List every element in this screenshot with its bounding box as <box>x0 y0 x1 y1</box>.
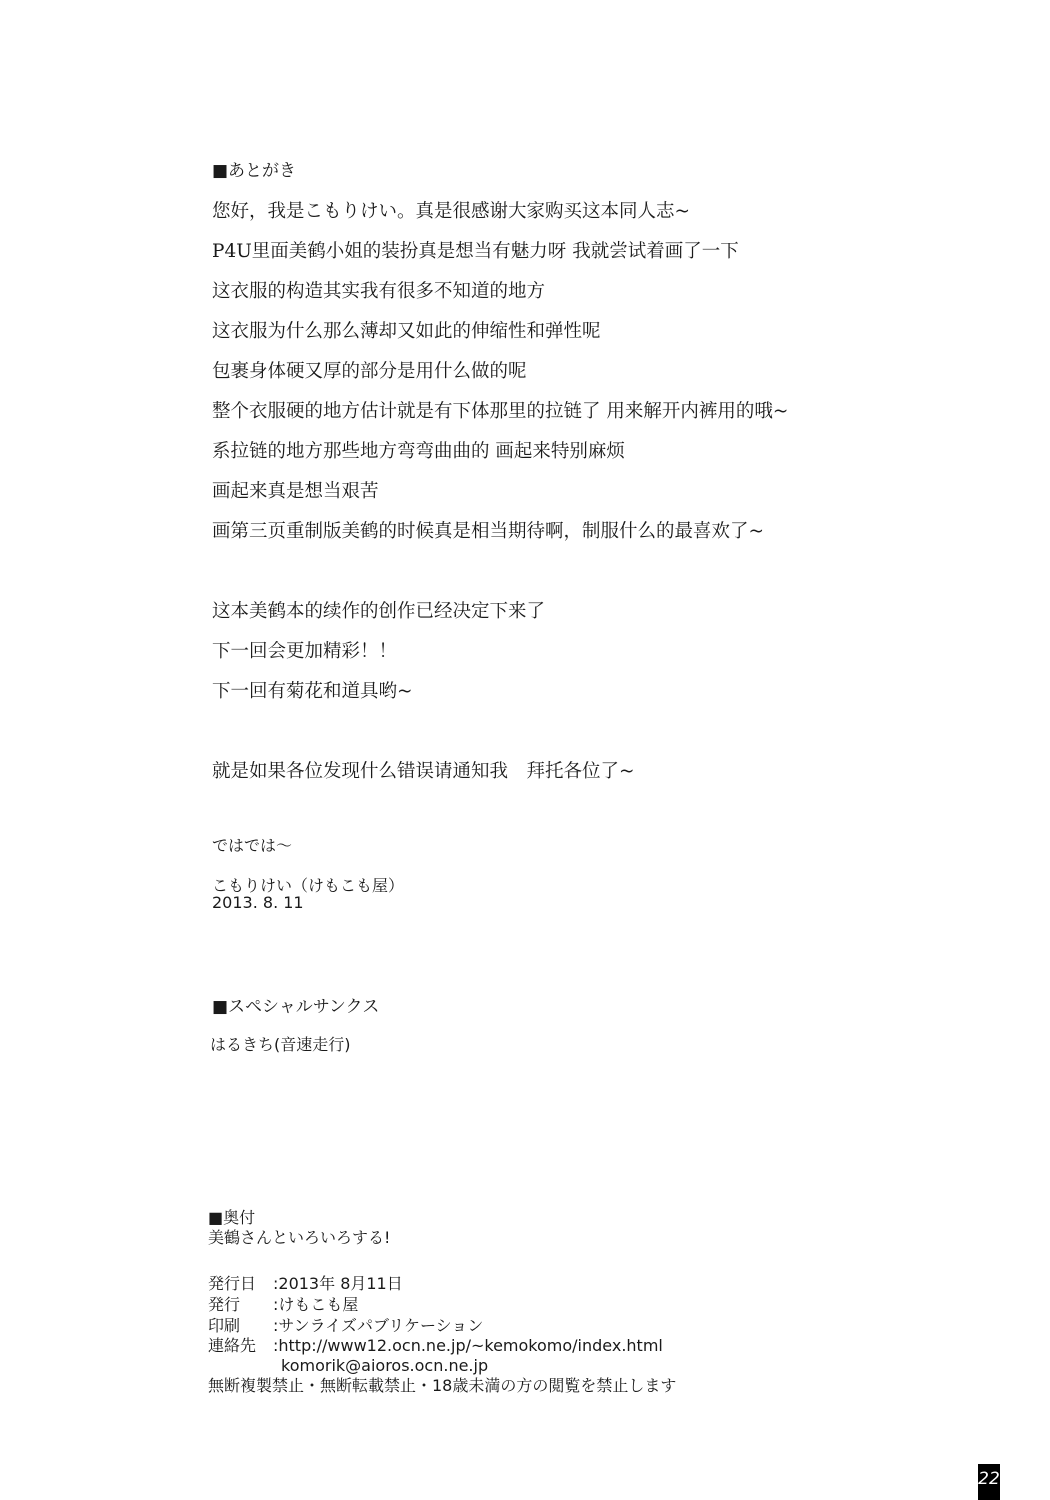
afterword-line: 画起来真是想当艰苦 <box>212 477 379 503</box>
page-number: 22 <box>978 1464 1000 1500</box>
colophon-label: 連絡先 <box>208 1336 256 1356</box>
afterword-line: 您好，我是こもりけい。真是很感谢大家购买这本同人志~ <box>212 197 690 223</box>
contact-email[interactable]: komorik@aioros.ocn.ne.jp <box>281 1356 488 1376</box>
colophon-value: :2013年 8月11日 <box>273 1274 403 1294</box>
colophon-label: 印刷 <box>208 1316 240 1336</box>
afterword-line: 这本美鹤本的续作的创作已经决定下来了 <box>212 597 545 623</box>
afterword-line: 下一回会更加精彩！！ <box>212 637 397 663</box>
colophon-value: :サンライズパブリケーション <box>273 1316 483 1336</box>
afterword-line: 系拉链的地方那些地方弯弯曲曲的 画起来特别麻烦 <box>212 437 625 463</box>
afterword-line: 画第三页重制版美鹤的时候真是相当期待啊，制服什么的最喜欢了~ <box>212 517 764 543</box>
colophon-heading: ■奥付 <box>208 1208 255 1228</box>
afterword-line: 整个衣服硬的地方估计就是有下体那里的拉链了 用来解开内裤用的哦~ <box>212 397 788 423</box>
colophon-value: :けもこも屋 <box>273 1295 358 1315</box>
afterword-line: 包裹身体硬又厚的部分是用什么做的呢 <box>212 357 527 383</box>
afterword-closing: 就是如果各位发现什么错误请通知我 拜托各位了~ <box>212 757 635 783</box>
colophon-label: 発行 <box>208 1295 240 1315</box>
book-title: 美鶴さんといろいろする! <box>208 1228 390 1248</box>
afterword-line: 下一回有菊花和道具哟~ <box>212 677 413 703</box>
afterword-heading: ■あとがき <box>212 156 296 181</box>
afterword-line: 这衣服为什么那么薄却又如此的伸缩性和弹性呢 <box>212 317 601 343</box>
colophon-label: 発行日 <box>208 1274 256 1294</box>
afterword-line: 这衣服的构造其实我有很多不知道的地方 <box>212 277 545 303</box>
contact-url[interactable]: :http://www12.ocn.ne.jp/~kemokomo/index.… <box>273 1336 663 1356</box>
copyright-notice: 無断複製禁止・無断転載禁止・18歳未満の方の閲覧を禁止します <box>208 1376 676 1396</box>
afterword-line: P4U里面美鹤小姐的装扮真是想当有魅力呀 我就尝试着画了一下 <box>212 237 739 263</box>
farewell: ではでは～ <box>212 833 292 856</box>
date: 2013. 8. 11 <box>212 893 304 912</box>
thanks-name: はるきち(音速走行) <box>210 1032 351 1055</box>
thanks-heading: ■スペシャルサンクス <box>212 992 379 1017</box>
